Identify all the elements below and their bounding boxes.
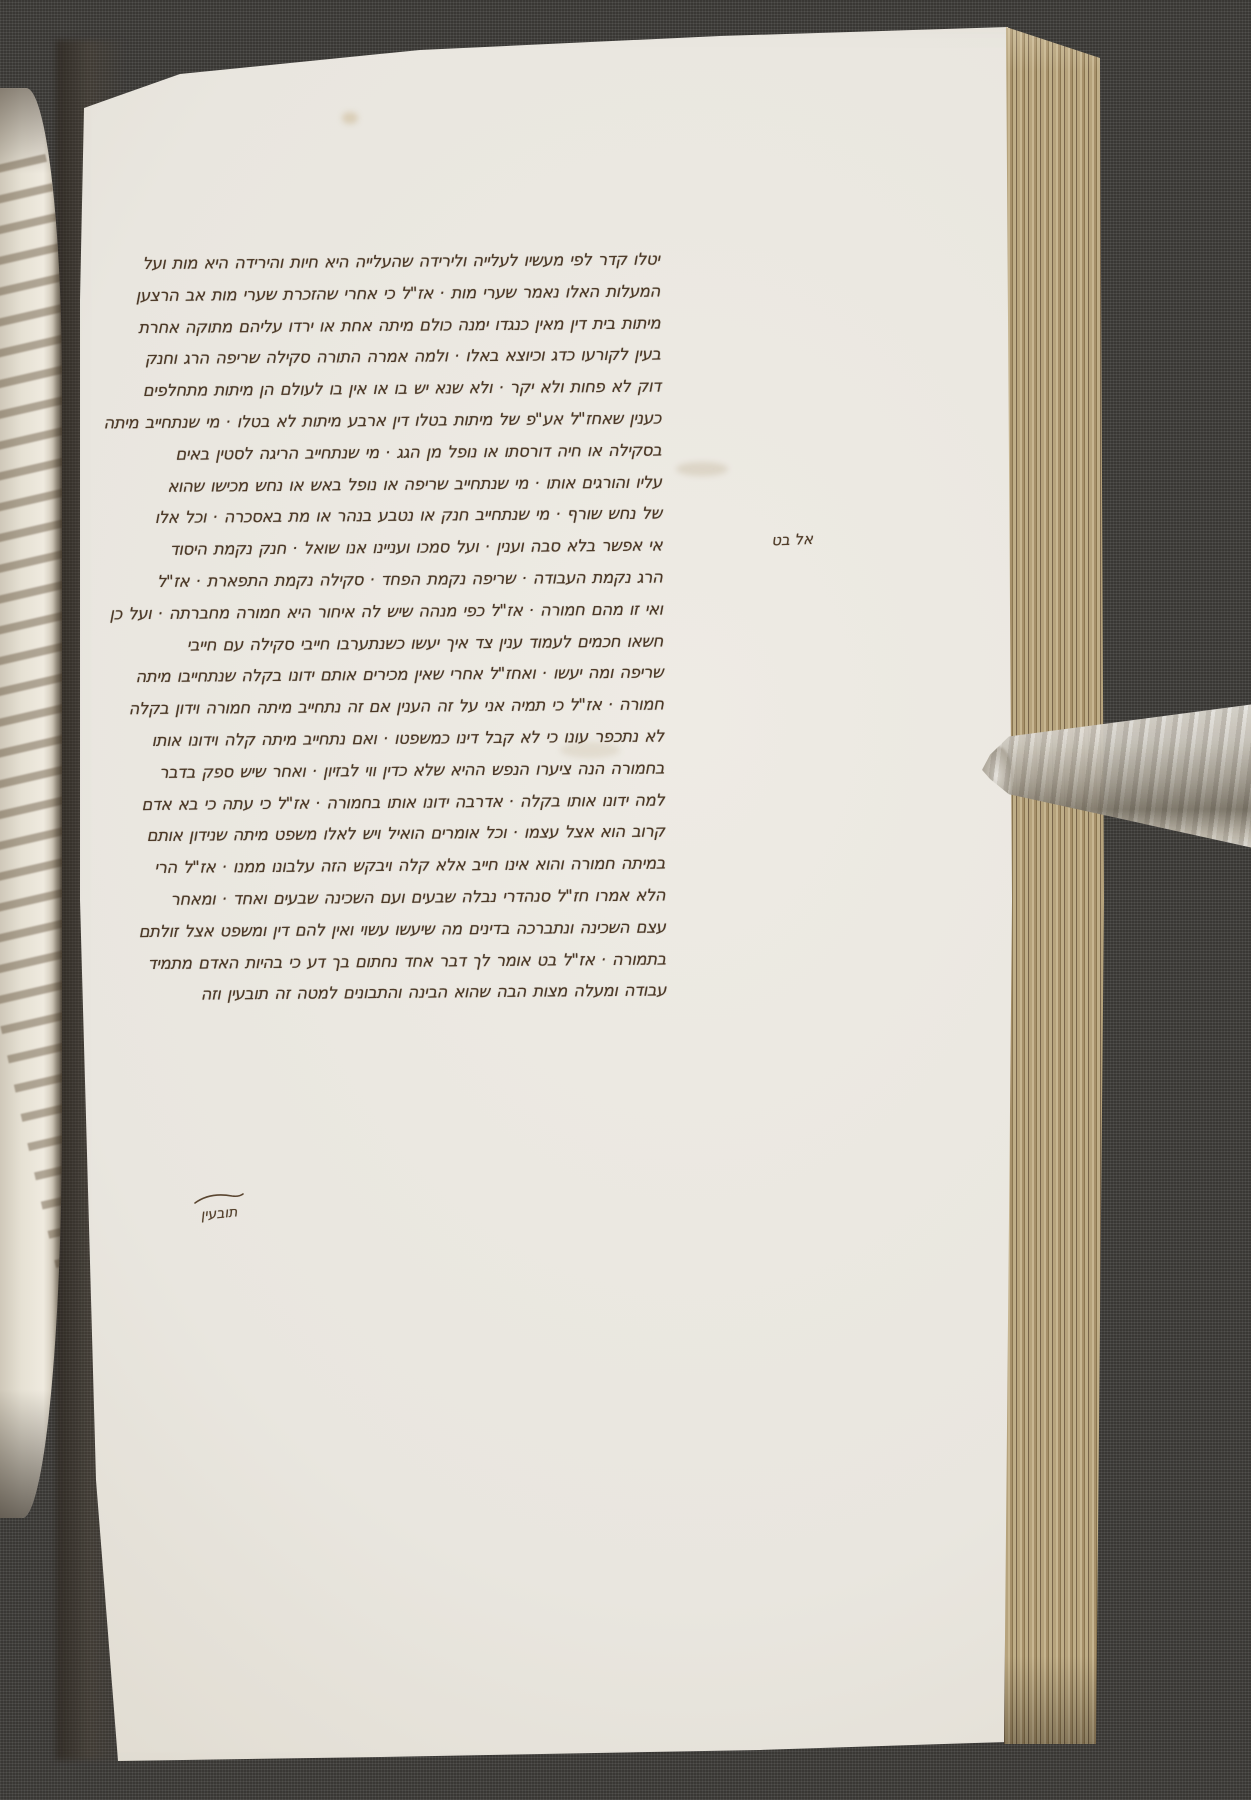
text-line: בעין לקורעו כדג וכיוצא באלו · ולמה אמרה … — [94, 339, 660, 376]
text-line: בחמורה הנה ציערו הנפש ההיא שלא כדין ווי … — [98, 752, 664, 789]
text-line: לא נתכפר עונו כי לא קבל דינו כמשפטו · וא… — [98, 720, 664, 757]
text-line: ואי זו מהם חמורה · אז"ל כפי מנהה שיש לה … — [97, 593, 663, 630]
catchword-block: תובעין — [184, 1190, 254, 1222]
text-line: עבודה ומעלה מצות הבה שהוא הבינה והתבונים… — [100, 975, 666, 1012]
text-line: כענין שאחז"ל אע"פ של מיתות בטלו דין ארבע… — [95, 403, 661, 440]
facing-page-shading — [0, 88, 62, 1518]
text-line: של נחש שורף · מי שנתחייב חנק או נטבע בנה… — [96, 498, 662, 535]
margin-note: אל בט — [753, 530, 814, 550]
text-line: עצם השכינה ונתברכה בדינים מה שיעשו עשוי … — [99, 911, 665, 948]
text-line: במיתה חמורה והוא אינו חייב אלא קלה ויבקש… — [99, 848, 665, 885]
text-line: מיתות בית דין מאין כנגדו ימנה כולם מיתה … — [94, 307, 660, 344]
text-line: חשאו חכמים לעמוד ענין צד איך יעשו כשנתער… — [97, 625, 663, 662]
text-line: עליו והורגים אותו · מי שנתחייב שריפה או … — [95, 466, 661, 503]
parchment-stain — [342, 112, 358, 124]
main-text-block: יטלו קדר לפי מעשיו לעלייה ולירידה שהעליי… — [94, 244, 667, 1044]
text-line: שריפה ומה יעשו · ואחז"ל אחרי שאין מכירים… — [97, 657, 663, 694]
parchment-stain — [676, 462, 728, 476]
facing-page-edge — [0, 88, 62, 1518]
text-line: הלא אמרו חז"ל סנהדרי נבלה שבעים ועם השכי… — [99, 879, 665, 916]
catchword: תובעין — [183, 1203, 254, 1225]
text-line: יטלו קדר לפי מעשיו לעלייה ולירידה שהעליי… — [94, 244, 660, 281]
text-line: הרג נקמת העבודה · שריפה נקמת הפחד · סקיל… — [96, 562, 662, 599]
text-line: חמורה · אז"ל כי תמיה אני על זה הענין אם … — [97, 689, 663, 726]
text-line: קרוב הוא אצל עצמו · וכל אומרים הואיל ויש… — [99, 816, 665, 853]
text-line: בתמורה · אז"ל בט אומר לך דבר אחד נחתום ב… — [100, 943, 666, 980]
text-line: למה ידונו אותו בקלה · אדרבה ידונו אותו ב… — [98, 784, 664, 821]
text-line: בסקילה או חיה דורסתו או נופל מן הגג · מי… — [95, 434, 661, 471]
text-line: אי אפשר בלא סבה וענין · ועל סמכו ועניינו… — [96, 530, 662, 567]
text-line: המעלות האלו נאמר שערי מות · אז"ל כי אחרי… — [94, 275, 660, 312]
text-line — [100, 1007, 666, 1044]
text-line: דוק לא פחות ולא יקר · ולא שנא יש בו או א… — [95, 371, 661, 408]
